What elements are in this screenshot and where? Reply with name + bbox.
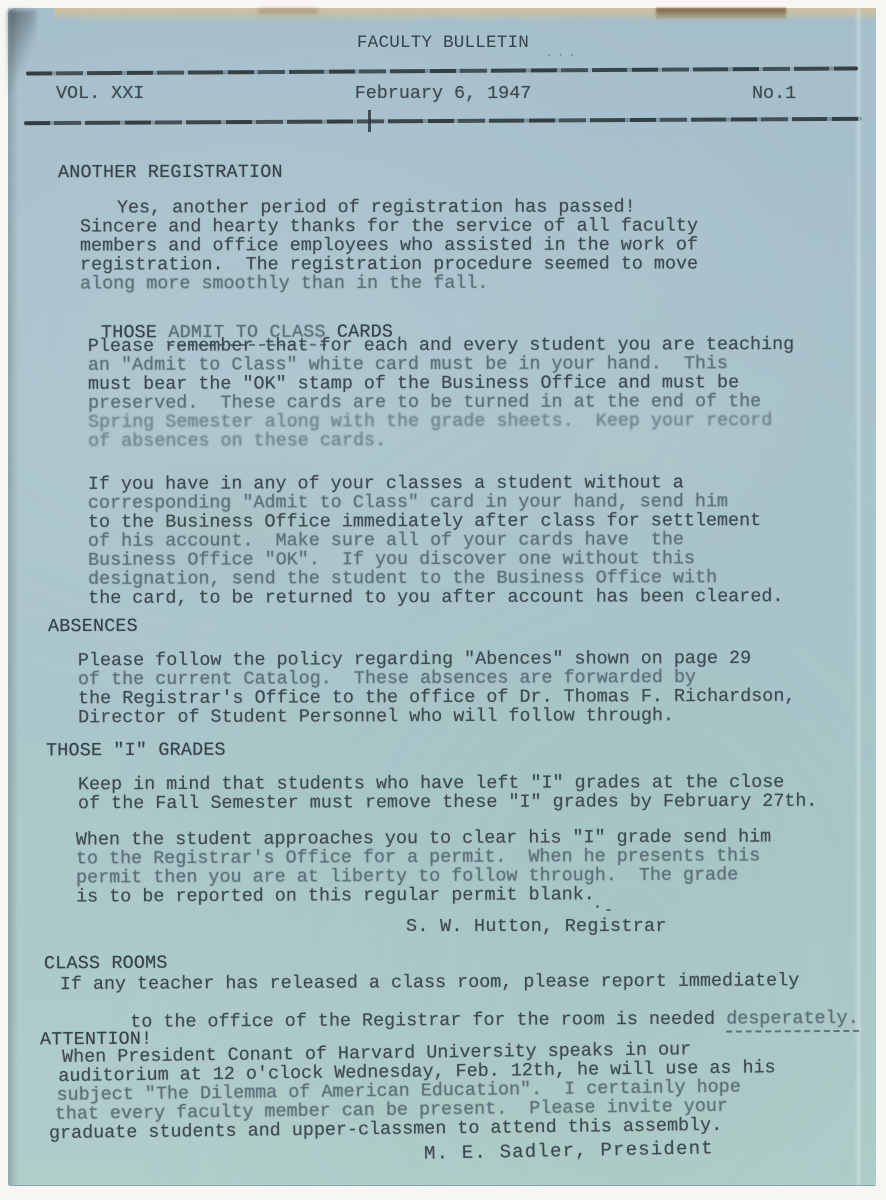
text-line: Sincere and hearty thanks for the servic… bbox=[80, 216, 698, 236]
horizontal-rule-bottom bbox=[24, 117, 862, 125]
text-line: corresponding "Admit to Class" card in y… bbox=[88, 492, 783, 513]
section-heading-i-grades: THOSE "I" GRADES bbox=[46, 741, 226, 761]
section-heading-class-rooms: CLASS ROOMS bbox=[44, 954, 168, 974]
ink-speck bbox=[606, 909, 611, 911]
president-signature: M. E. Sadler, President bbox=[424, 1139, 714, 1164]
text-line: of the current Catalog. These absences a… bbox=[78, 668, 795, 690]
text-line: If any teacher has released a class room… bbox=[60, 971, 859, 994]
section-heading-absences: ABSENCES bbox=[48, 617, 138, 636]
i-grades-paragraph-2: When the student approaches you to clear… bbox=[76, 827, 772, 906]
text-line: Yes, another period of registration has … bbox=[80, 197, 698, 217]
text-line: designation, send the student to the Bus… bbox=[88, 568, 783, 589]
underlined-word: desperately. bbox=[726, 1008, 859, 1033]
admit-cards-paragraph-1: Please remember that for each and every … bbox=[88, 335, 795, 451]
text-line: of absences on these cards. bbox=[88, 430, 794, 451]
masthead-title: FACULTY BULLETIN bbox=[0, 34, 886, 53]
admit-cards-paragraph-2: If you have in any of your classes a stu… bbox=[88, 473, 784, 608]
registration-paragraph: Yes, another period of registration has … bbox=[80, 197, 698, 293]
text-line: along more smoothly than in the fall. bbox=[80, 273, 698, 293]
text-line: Spring Semester along with the grade she… bbox=[88, 411, 794, 432]
text-line: registration. The registration procedure… bbox=[80, 254, 698, 274]
i-grades-paragraph-1: Keep in mind that students who have left… bbox=[78, 773, 818, 814]
masthead-artifact-dots: ... bbox=[545, 44, 579, 63]
scanned-bulletin-page: { "colors": { "paper_top": "#a5becb", "p… bbox=[0, 0, 886, 1200]
center-tick-mark bbox=[368, 110, 371, 132]
text-segment: to the office of the Registrar for the r… bbox=[130, 1009, 726, 1033]
text-line: members and office employees who assiste… bbox=[80, 235, 698, 255]
text-line: an "Admit to Class" white card must be i… bbox=[88, 354, 794, 375]
attention-paragraph: When President Conant of Harvard Univers… bbox=[56, 1039, 776, 1143]
registrar-signature: S. W. Hutton, Registrar bbox=[406, 917, 667, 936]
absences-paragraph: Please follow the policy regarding "Aben… bbox=[78, 649, 796, 728]
section-heading-registration: ANOTHER REGISTRATION bbox=[58, 163, 283, 182]
text-line: of the Fall Semester must remove these "… bbox=[78, 792, 817, 814]
ink-speck bbox=[596, 905, 599, 908]
text-line: permit then you are at liberty to follow… bbox=[76, 865, 771, 887]
text-line: Director of Student Personnel who will f… bbox=[78, 706, 795, 728]
horizontal-rule-top bbox=[26, 66, 858, 75]
text-line: the card, to be returned to you after ac… bbox=[88, 587, 783, 608]
issue-number: No.1 bbox=[752, 84, 796, 103]
document-content: FACULTY BULLETIN ... VOL. XXI February 6… bbox=[0, 0, 886, 1200]
